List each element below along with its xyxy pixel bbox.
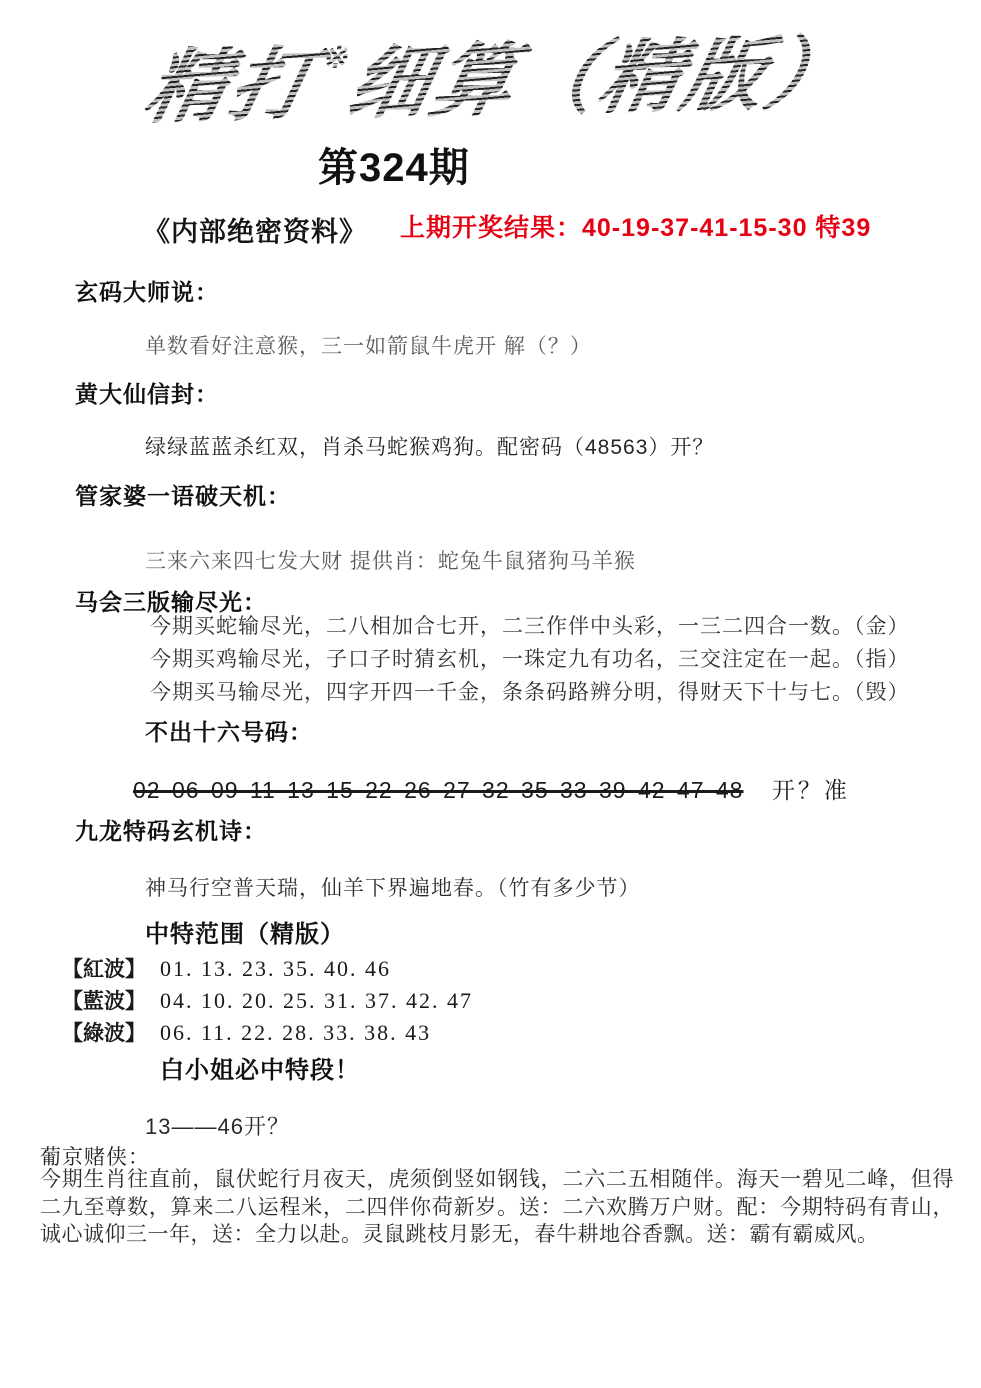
- section-heading-guanjiapo: 管家婆一语破天机：: [75, 478, 291, 511]
- green-wave-label: 【綠波】: [62, 1022, 146, 1045]
- masthead-star-mark: ※: [321, 41, 357, 75]
- masthead-logo-left: 精打: [137, 42, 324, 133]
- section-heading-huangdaxian: 黄大仙信封：: [75, 376, 219, 409]
- excluded-numbers-row: 02 06 09 11 13 15 22 26 27 32 35 33 39 4…: [133, 772, 850, 805]
- wave-row-green: 【綠波】06. 11. 22. 28. 33. 38. 43: [62, 1017, 473, 1049]
- green-wave-numbers: 06. 11. 22. 28. 33. 38. 43: [160, 1020, 431, 1045]
- red-wave-numbers: 01. 13. 23. 35. 40. 46: [160, 956, 391, 981]
- masthead-logo: 精打※细算（精版）: [134, 9, 845, 145]
- last-draw-result: 上期开奖结果：40-19-37-41-15-30 特39: [400, 208, 871, 244]
- blue-wave-numbers: 04. 10. 20. 25. 31. 37. 42. 47: [160, 988, 473, 1013]
- section-heading-jiulong: 九龙特码玄机诗：: [75, 813, 267, 846]
- mahui-verse-line: 今期买鸡输尽光，子口子时猜玄机，一珠定九有功名，三交注定在一起。（指）: [150, 643, 910, 676]
- zhongte-heading: 中特范围（精版）: [145, 914, 345, 949]
- excluded-numbers: 02 06 09 11 13 15 22 26 27 32 35 33 39 4…: [133, 777, 743, 803]
- sixteen-heading: 不出十六号码：: [145, 714, 313, 747]
- wave-row-blue: 【藍波】04. 10. 20. 25. 31. 37. 42. 47: [62, 985, 473, 1017]
- wave-ranges-block: 【紅波】01. 13. 23. 35. 40. 46 【藍波】04. 10. 2…: [62, 953, 473, 1049]
- masthead-logo-right: 细算（精版）: [340, 30, 861, 128]
- huangdaxian-line: 绿绿蓝蓝杀红双，肖杀马蛇猴鸡狗。配密码（48563）开？: [145, 431, 714, 461]
- pujing-paragraph: 今期生肖往直前，鼠伏蛇行月夜天，虎须倒竖如钢钱，二六二五相随伴。海天一碧见二峰，…: [40, 1166, 954, 1249]
- doc-label: 《内部绝密资料》: [143, 210, 367, 249]
- wave-row-red: 【紅波】01. 13. 23. 35. 40. 46: [62, 953, 473, 985]
- excluded-numbers-suffix: 开？准: [772, 777, 850, 803]
- xuanma-line: 单数看好注意猴，三一如箭鼠牛虎开 解（？）: [145, 330, 592, 360]
- lottery-tipsheet-page: 精打※细算（精版） 第324期 《内部绝密资料》 上期开奖结果：40-19-37…: [0, 0, 981, 1388]
- baixiaojie-range: 13——46开？: [145, 1110, 290, 1141]
- red-wave-label: 【紅波】: [62, 958, 146, 981]
- jiulong-poem-line: 神马行空普天瑞，仙羊下界遍地春。（竹有多少节）: [145, 872, 641, 902]
- guanjiapo-line: 三来六来四七发大财 提供肖：蛇兔牛鼠猪狗马羊猴: [145, 545, 636, 575]
- blue-wave-label: 【藍波】: [62, 990, 146, 1013]
- mahui-verse-line: 今期买蛇输尽光，二八相加合七开，二三作伴中头彩，一三二四合一数。（金）: [150, 610, 910, 643]
- mahui-verse-block: 今期买蛇输尽光，二八相加合七开，二三作伴中头彩，一三二四合一数。（金） 今期买鸡…: [150, 610, 910, 709]
- baixiaojie-heading: 白小姐必中特段！: [160, 1050, 360, 1085]
- issue-number: 第324期: [318, 136, 470, 193]
- mahui-verse-line: 今期买马输尽光，四字开四一千金，条条码路辨分明，得财天下十与七。（毁）: [150, 676, 910, 709]
- section-heading-xuanma: 玄码大师说：: [75, 274, 219, 307]
